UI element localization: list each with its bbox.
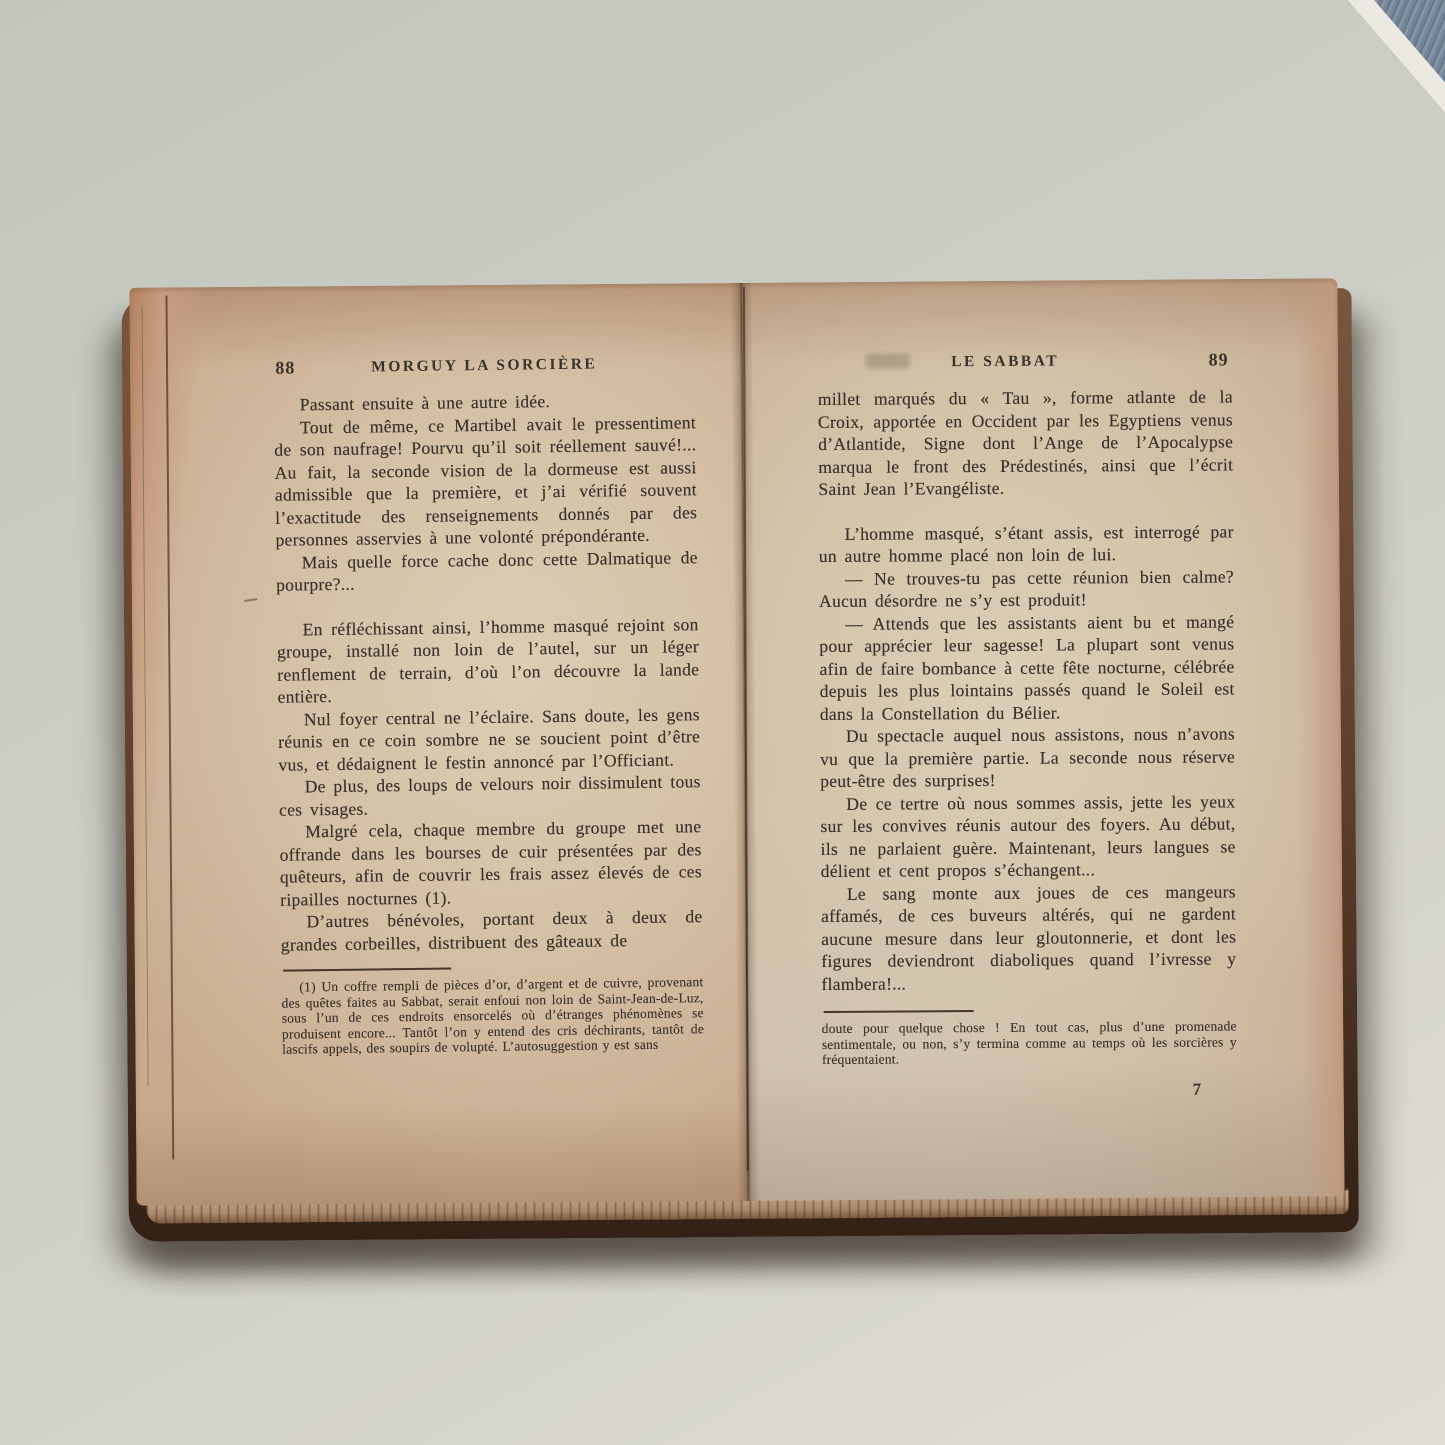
desk-surface: 88 MORGUY LA SORCIÈRE Passant ensuite à …	[0, 0, 1445, 1445]
paragraph: Tout de même, ce Martibel avait le press…	[274, 411, 698, 552]
paragraph: Le sang monte aux joues de ces mangeurs …	[821, 880, 1237, 995]
paragraph: — Ne trouves-tu pas cette réunion bien c…	[819, 565, 1234, 613]
paragraph: De ce tertre où nous sommes assis, jette…	[820, 790, 1236, 883]
gutter-crease	[743, 287, 749, 1171]
paragraph: Mais quelle force cache donc cette Dalma…	[276, 546, 699, 597]
signature-mark: 7	[822, 1079, 1237, 1102]
paragraph: L’homme masqué, s’étant assis, est inter…	[819, 520, 1234, 568]
right-page-paragraphs: millet marqués du « Tau », forme atlante…	[818, 385, 1237, 995]
paragraph: En réfléchissant ainsi, l’homme masqué r…	[277, 613, 700, 709]
left-page-paragraphs: Passant ensuite à une autre idée.Tout de…	[274, 388, 703, 955]
right-page-content: LE SABBAT 89 millet marqués du « Tau », …	[818, 349, 1238, 1101]
paragraph: De plus, des loups de velours noir dissi…	[279, 770, 702, 821]
paragraph: Nul foyer central ne l’éclaire. Sans dou…	[278, 703, 701, 776]
left-footnote: (1) Un coffre rempli de pièces d’or, d’a…	[281, 974, 704, 1057]
paragraph: — Attends que les assistants aient bu et…	[819, 610, 1235, 725]
paragraph: Du spectacle auquel nous assistons, nous…	[820, 722, 1235, 792]
page-edge-crease	[165, 295, 174, 1159]
paragraph: D’autres bénévoles, portant deux à deux …	[280, 905, 703, 956]
paragraph: millet marqués du « Tau », forme atlante…	[818, 385, 1234, 500]
left-footnote-rule	[283, 967, 451, 971]
page-edge-crease-thin	[142, 308, 149, 1086]
right-footnote-rule	[824, 1010, 974, 1013]
right-page-number: 89	[1209, 349, 1229, 370]
paragraph: Malgré cela, chaque membre du groupe met…	[279, 815, 702, 911]
left-running-title: MORGUY LA SORCIÈRE	[273, 354, 695, 378]
right-page-header: LE SABBAT 89	[818, 349, 1233, 378]
right-running-title: LE SABBAT	[818, 352, 1193, 372]
open-book: 88 MORGUY LA SORCIÈRE Passant ensuite à …	[129, 278, 1344, 1205]
right-footnote: doute pour quelque chose ! En tout cas, …	[822, 1018, 1237, 1067]
left-page-header: 88 MORGUY LA SORCIÈRE	[273, 352, 695, 384]
left-page-content: 88 MORGUY LA SORCIÈRE Passant ensuite à …	[273, 352, 704, 1057]
